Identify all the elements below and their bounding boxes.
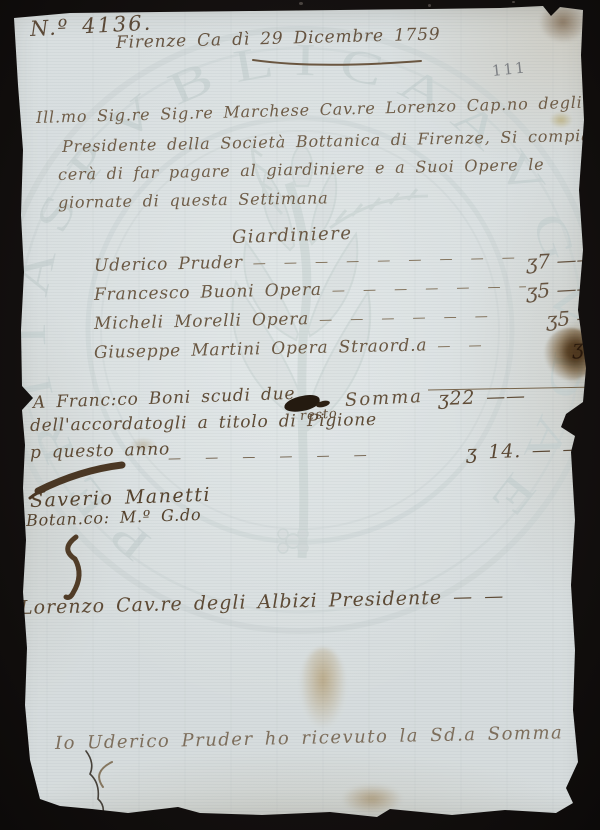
pigione-note-line: dell'accordatogli a titolo di Pigione [30, 410, 377, 436]
dash-leader: — — — — — — [168, 447, 448, 467]
salutation-line-3: cerà di far pagare al giardiniere e a Su… [58, 155, 545, 184]
salutation-line-4: giornate di questa Settimana [58, 188, 329, 212]
gardener-name: Francesco Buoni Opera [94, 280, 322, 305]
tan-stain-bottom-center [300, 648, 346, 728]
tan-stain-bottom-edge [342, 784, 402, 814]
dust-speck [512, 1, 515, 3]
receipt-acknowledgement-line: Io Uderico Pruder ho ricevuto la Sd.a So… [55, 722, 564, 754]
per-questo-anno-line: p questo anno [30, 439, 171, 463]
dash-leader: — — — — — — — — — [243, 250, 526, 271]
scan-background: P E R I T A S P V B L I C A A V G V D A … [0, 0, 600, 830]
gardener-row: Giuseppe Martini Opera Straord.a — — ʒ5 [94, 328, 596, 363]
dash-leader: — — — — — — [309, 308, 546, 328]
salutation-line-1: Ill.mo Sig.re Sig.re Marchese Cav.re Lor… [36, 91, 600, 127]
dust-speck [299, 2, 303, 5]
dash-leader: — — [427, 336, 572, 354]
burn-stain-top-right-corner [540, 2, 586, 42]
date-underline-flourish [253, 60, 421, 65]
gardener-amount: ʒ5 [571, 334, 596, 359]
somma-amount: ʒ22 —— [438, 385, 526, 410]
somma-label: Somma [344, 386, 423, 411]
salutation-line-2: Presidente della Società Bottanica di Fi… [62, 126, 598, 156]
dash-leader: — — — — — — — [322, 279, 526, 299]
gardener-name: Giuseppe Martini Opera Straord.a [94, 335, 428, 363]
signature-paraph-flourish [66, 537, 79, 598]
place-date-line: Firenze Ca dì 29 Dicembre 1759 [116, 25, 441, 53]
gardener-section-title: Giardiniere [232, 223, 353, 248]
paper-crack [86, 751, 103, 818]
dust-speck [428, 4, 431, 7]
president-signature: Lorenzo Cav.re degli Albizi Presidente —… [20, 585, 505, 619]
gardener-name: Uderico Pruder [94, 253, 243, 276]
manuscript-page: P E R I T A S P V B L I C A A V G V D A … [0, 0, 600, 830]
gardener-name: Micheli Morelli Opera [94, 309, 310, 334]
pigione-amount: ʒ 14. — — [466, 438, 583, 464]
boni-payment-note: A Franc:co Boni scudi due [33, 384, 296, 413]
receipt-flourish [99, 762, 112, 787]
pencil-page-number: 111 [491, 58, 527, 80]
